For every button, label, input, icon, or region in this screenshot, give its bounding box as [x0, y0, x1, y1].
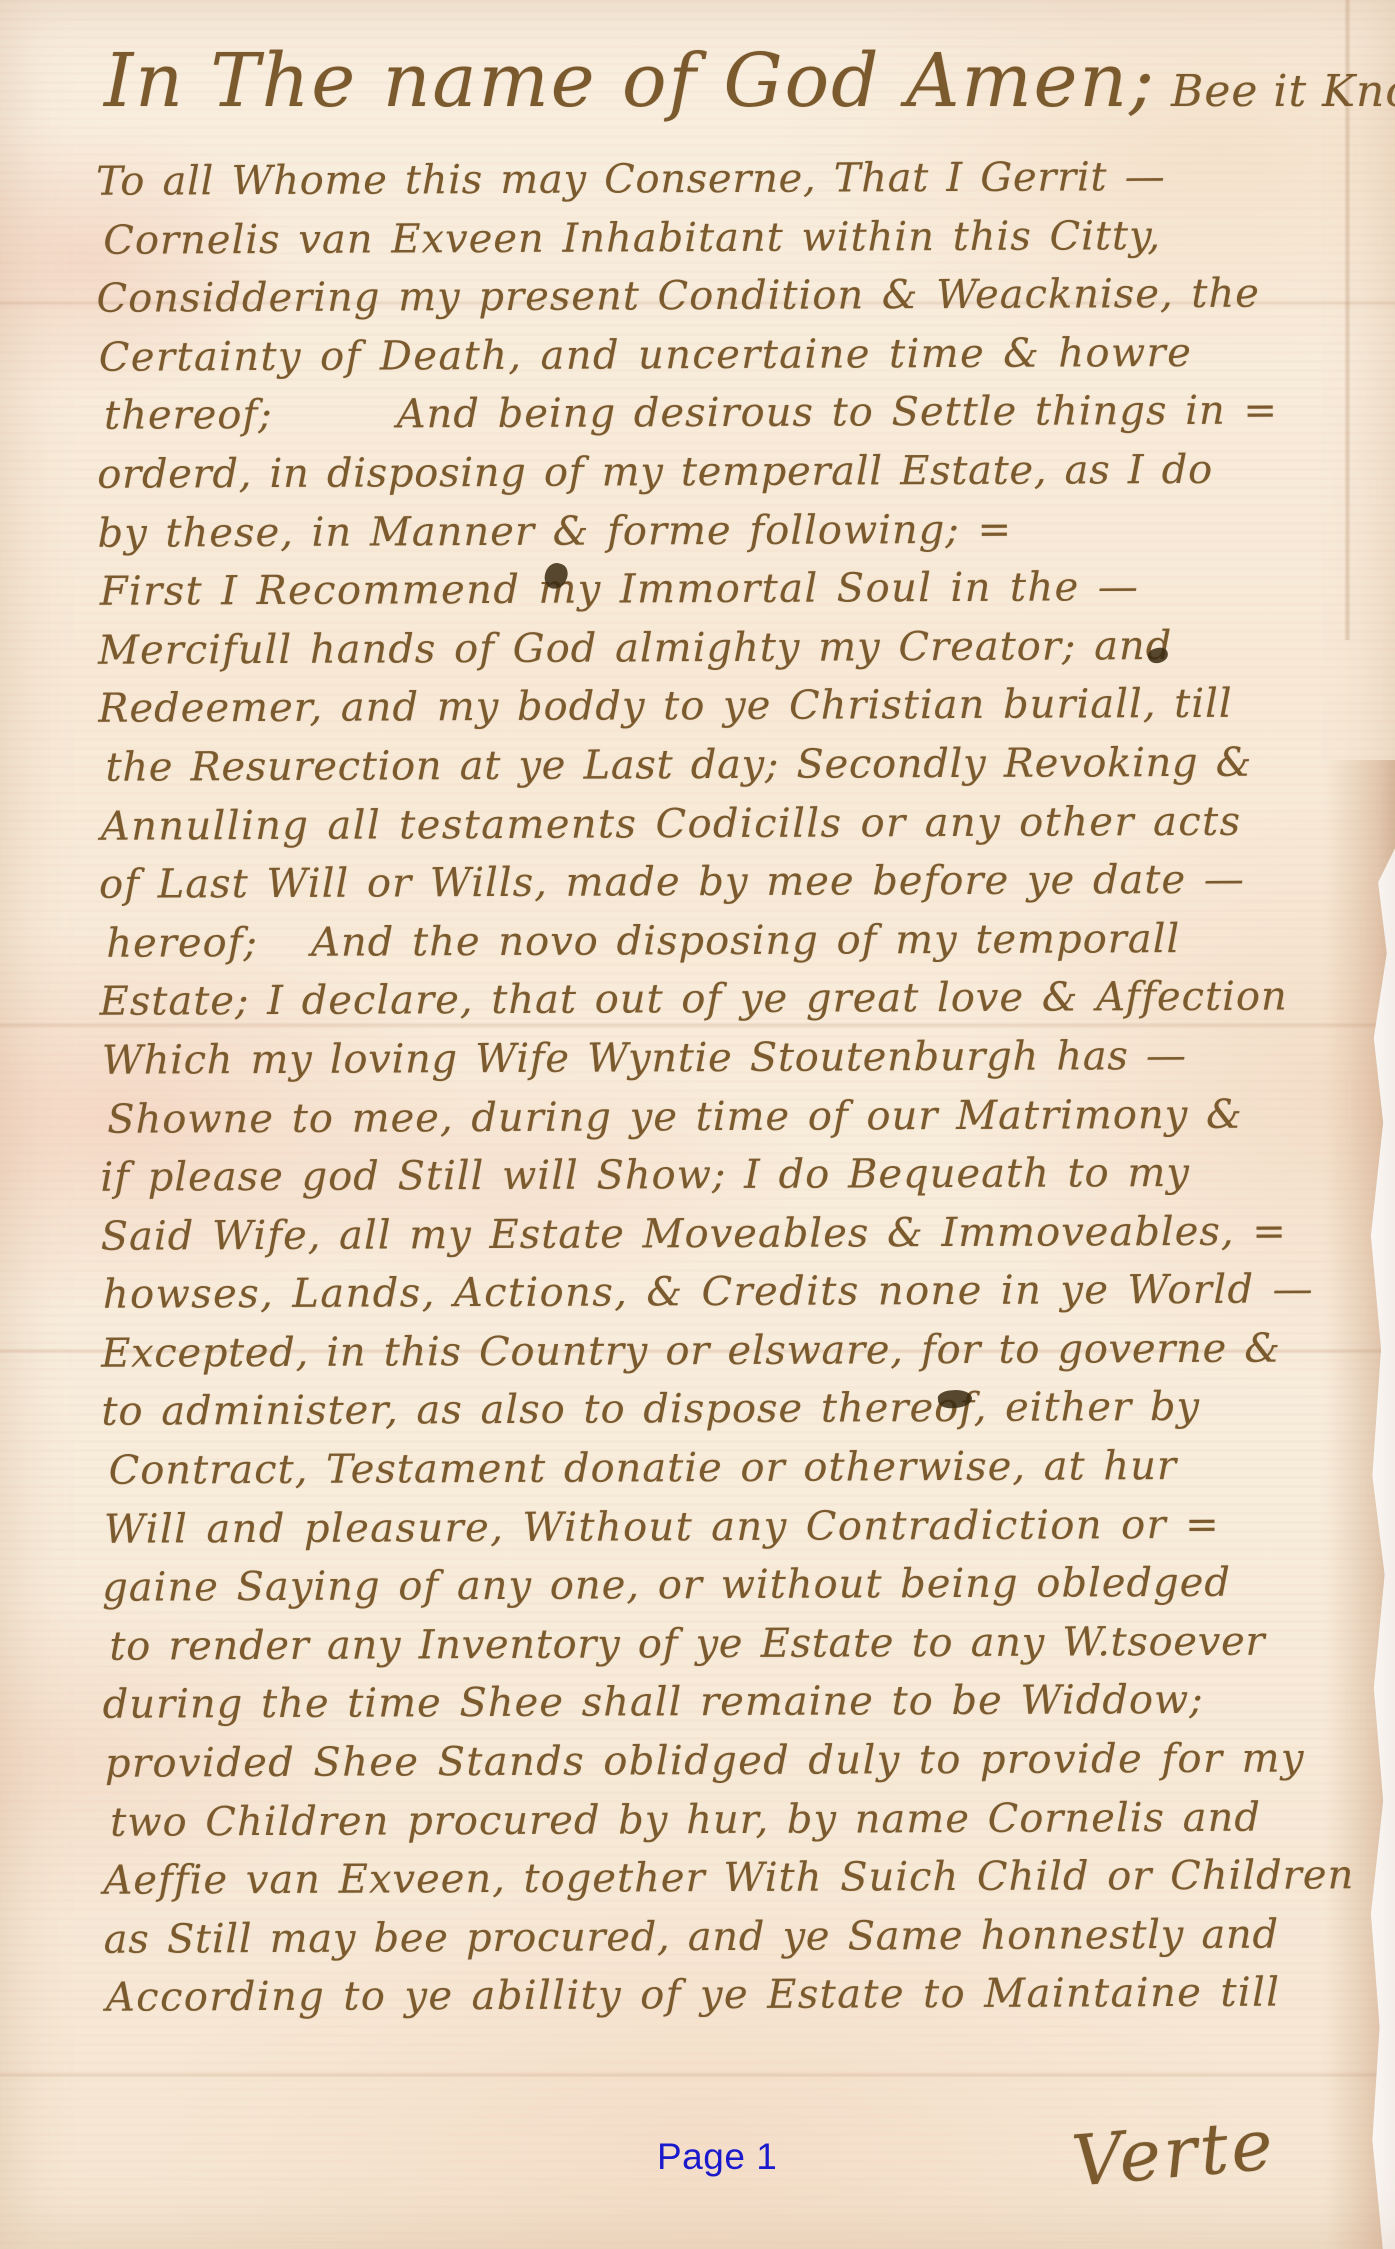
- manuscript-line: Which my loving Wife Wyntie Stoutenburgh…: [102, 1026, 1351, 1090]
- manuscript-line: Said Wife, all my Estate Moveables & Imm…: [101, 1202, 1352, 1266]
- paper-fold-crease: [0, 2072, 1395, 2078]
- heading-large-script: In The name of God Amen;: [104, 38, 1156, 124]
- manuscript-line: to administer, as also to dispose thereo…: [101, 1378, 1352, 1442]
- manuscript-line: as Still may bee procured, and ye Same h…: [104, 1905, 1355, 1969]
- manuscript-line: the Resurection at ye Last day; Secondly…: [105, 733, 1349, 797]
- manuscript-line: To all Whome this may Conserne, That I G…: [96, 147, 1347, 211]
- manuscript-line: According to ye abillity of ye Estate to…: [106, 1964, 1355, 2028]
- heading-continuation: Bee it Knowne: [1156, 66, 1395, 117]
- manuscript-line: if please god Still will Show; I do Bequ…: [100, 1143, 1351, 1207]
- manuscript-line: by these, in Manner & forme following; =: [97, 499, 1348, 563]
- manuscript-line: Certainty of Death, and uncertaine time …: [99, 323, 1348, 387]
- manuscript-line: hereof; And the novo disposing of my tem…: [106, 909, 1350, 973]
- manuscript-line: Annulling all testaments Codicills or an…: [101, 792, 1350, 856]
- manuscript-line: Considdering my present Condition & Weac…: [96, 264, 1347, 328]
- manuscript-body-text: To all Whome this may Conserne, That I G…: [96, 147, 1355, 2027]
- manuscript-line: to render any Inventory of ye Estate to …: [109, 1612, 1353, 1676]
- manuscript-line: thereof; And being desirous to Settle th…: [104, 382, 1348, 446]
- manuscript-line: orderd, in disposing of my temperall Est…: [97, 440, 1348, 504]
- manuscript-line: two Children procured by hur, by name Co…: [110, 1788, 1354, 1852]
- manuscript-line: of Last Will or Wills, made by mee befor…: [99, 850, 1350, 914]
- manuscript-line: Cornelis van Exveen Inhabitant within th…: [103, 206, 1347, 270]
- manuscript-line: Redeemer, and my boddy to ye Christian b…: [98, 675, 1349, 739]
- manuscript-line: Contract, Testament donatie or otherwise…: [109, 1436, 1353, 1500]
- manuscript-line: Will and pleasure, Without any Contradic…: [104, 1495, 1353, 1559]
- manuscript-line: First I Recommend my Immortal Soul in th…: [100, 557, 1349, 621]
- manuscript-line: Excepted, in this Country or elsware, fo…: [101, 1319, 1352, 1383]
- manuscript-line: provided Shee Stands oblidged duly to pr…: [105, 1729, 1354, 1793]
- page-number-label: Page 1: [657, 2136, 777, 2178]
- manuscript-heading: In The name of God Amen; Bee it Knowne: [104, 38, 1395, 124]
- manuscript-line: gaine Saying of any one, or without bein…: [102, 1554, 1353, 1618]
- document-scan: In The name of God Amen; Bee it Knowne T…: [0, 0, 1395, 2249]
- manuscript-line: Showne to mee, during ye time of our Mat…: [107, 1085, 1351, 1149]
- manuscript-line: howses, Lands, Actions, & Credits none i…: [103, 1261, 1352, 1325]
- manuscript-line: Estate; I declare, that out of ye great …: [99, 968, 1350, 1032]
- manuscript-line: Aeffie van Exveen, together With Suich C…: [103, 1846, 1354, 1910]
- manuscript-line: during the time Shee shall remaine to be…: [103, 1671, 1354, 1735]
